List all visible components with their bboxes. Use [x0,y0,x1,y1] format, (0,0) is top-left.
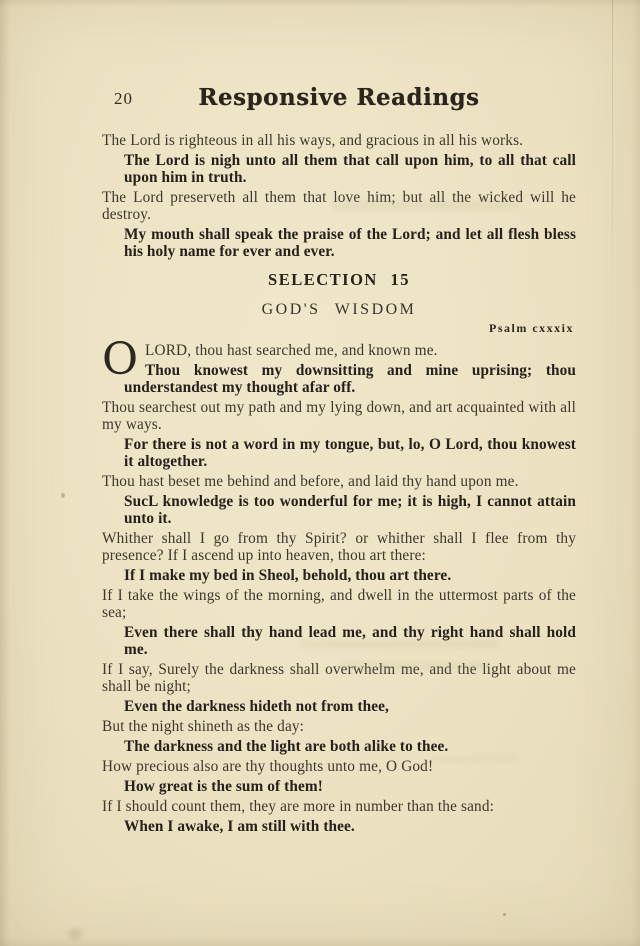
book-page: 20 Responsive Readings The Lord is right… [0,0,640,946]
verse-minister: Thou hast beset me behind and before, an… [102,473,576,490]
verse-minister: But the night shineth as the day: [102,718,576,735]
verse-minister: How precious also are thy thoughts unto … [102,758,576,775]
selection-heading: SELECTION 15 [102,271,576,288]
verse-minister: Whither shall I go from thy Spirit? or w… [102,530,576,564]
page-edge-line [612,0,613,340]
verse-minister: If I should count them, they are more in… [102,798,576,815]
intro-people: My mouth shall speak the praise of the L… [124,226,576,260]
verse-people: If I make my bed in Sheol, behold, thou … [124,567,576,584]
verse-minister: Thou searchest out my path and my lying … [102,399,576,433]
intro-minister: The Lord is righteous in all his ways, a… [102,132,576,149]
verse-people: Thou knowest my downsitting and mine upr… [124,362,576,396]
paper-stain [68,928,82,940]
verse-people: The darkness and the light are both alik… [124,738,576,755]
verse-people: Even the darkness hideth not from thee, [124,698,576,715]
page-number: 20 [114,89,133,109]
verse-people: When I awake, I am still with thee. [124,818,576,835]
verse-minister: If I say, Surely the darkness shall over… [102,661,576,695]
verse-people: SucL knowledge is too wonderful for me; … [124,493,576,527]
intro-people: The Lord is nigh unto all them that call… [124,152,576,186]
selection-title: GOD'S WISDOM [102,301,576,318]
psalm-reference: Psalm cxxxix [102,320,574,337]
drop-cap-letter: O [102,343,136,378]
intro-minister: The Lord preserveth all them that love h… [102,189,576,223]
running-head: 20 Responsive Readings [102,84,576,114]
page-header-title: Responsive Readings [102,84,576,111]
verse-minister: LORD, thou hast searched me, and known m… [102,342,576,359]
opening-verse-group: O LORD, thou hast searched me, and known… [102,342,576,396]
ink-speck [503,913,506,916]
verse-people: Even there shall thy hand lead me, and t… [124,624,576,658]
ink-speck [61,493,65,498]
verse-people: How great is the sum of them! [124,778,576,795]
verse-people: For there is not a word in my tongue, bu… [124,436,576,470]
text-column: The Lord is righteous in all his ways, a… [102,132,576,835]
verse-minister: If I take the wings of the morning, and … [102,587,576,621]
